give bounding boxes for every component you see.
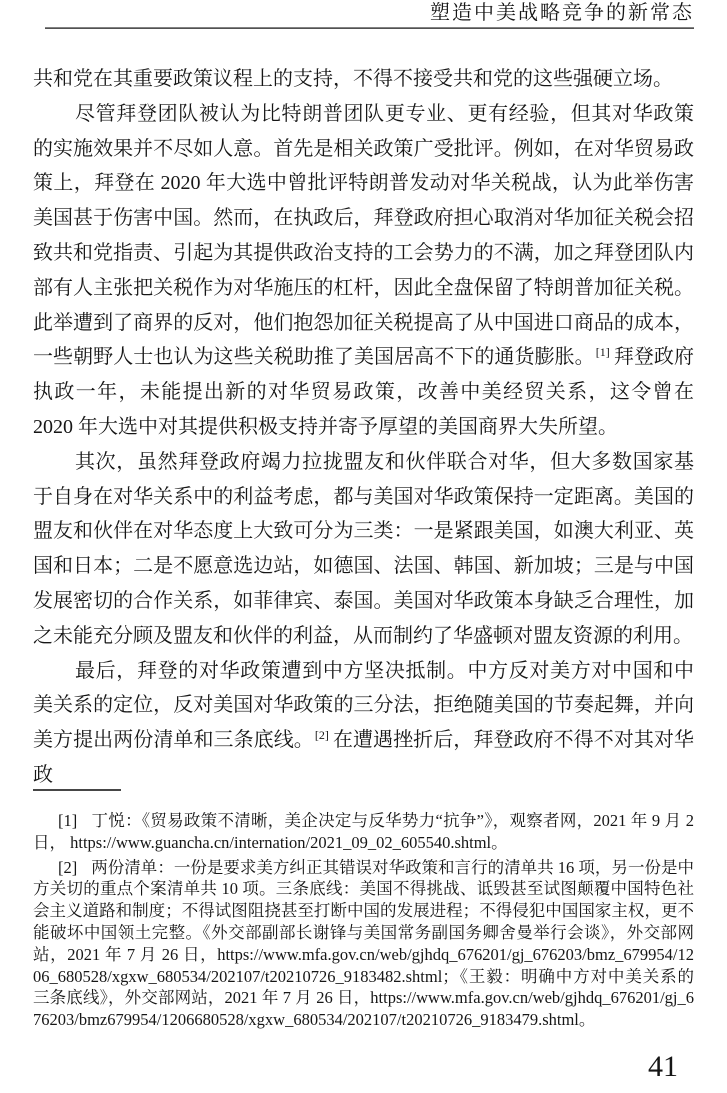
document-page: 塑造中美战略竞争的新常态 共和党在其重要政策议程上的支持，不得不接受共和党的这些… (0, 0, 727, 1093)
paragraph-text: 尽管拜登团队被认为比特朗普团队更专业、更有经验，但其对华政策的实施效果并不尽如人… (33, 103, 694, 369)
page-number: 41 (648, 1050, 678, 1084)
running-head-title: 塑造中美战略竞争的新常态 (430, 1, 694, 25)
footnote-text: 丁悦：《贸易政策不清晰，美企决定与反华势力“抗争”》，观察者网，2021 年 9… (33, 811, 694, 852)
paragraph-text: 共和党在其重要政策议程上的支持，不得不接受共和党的这些强硬立场。 (33, 68, 673, 90)
paragraph: 最后，拜登的对华政策遭到中方坚决抵制。中方反对美方对中国和中美关系的定位，反对美… (33, 654, 694, 793)
footnote-rule (33, 789, 121, 791)
footnote-marker: [1] (596, 345, 610, 359)
header-rule (45, 27, 694, 29)
paragraph: 其次，虽然拜登政府竭力拉拢盟友和伙伴联合对华，但大多数国家基于自身在对华关系中的… (33, 445, 694, 654)
paragraph-text: 其次，虽然拜登政府竭力拉拢盟友和伙伴联合对华，但大多数国家基于自身在对华关系中的… (33, 451, 694, 647)
footnote-area: [1]丁悦：《贸易政策不清晰，美企决定与反华势力“抗争”》，观察者网，2021 … (33, 810, 694, 1031)
footnote-text: 两份清单：一份是要求美方纠正其错误对华政策和言行的清单共 16 项，另一份是中方… (33, 858, 694, 1030)
footnote-label: [2] (58, 858, 91, 877)
footnote: [2]两份清单：一份是要求美方纠正其错误对华政策和言行的清单共 16 项，另一份… (33, 857, 694, 1031)
footnote-marker: [2] (315, 728, 329, 742)
paragraph: 尽管拜登团队被认为比特朗普团队更专业、更有经验，但其对华政策的实施效果并不尽如人… (33, 97, 694, 445)
footnote-label: [1] (58, 811, 91, 830)
body-text: 共和党在其重要政策议程上的支持，不得不接受共和党的这些强硬立场。尽管拜登团队被认… (33, 62, 694, 793)
paragraph: 共和党在其重要政策议程上的支持，不得不接受共和党的这些强硬立场。 (33, 62, 694, 97)
footnote: [1]丁悦：《贸易政策不清晰，美企决定与反华势力“抗争”》，观察者网，2021 … (33, 810, 694, 854)
